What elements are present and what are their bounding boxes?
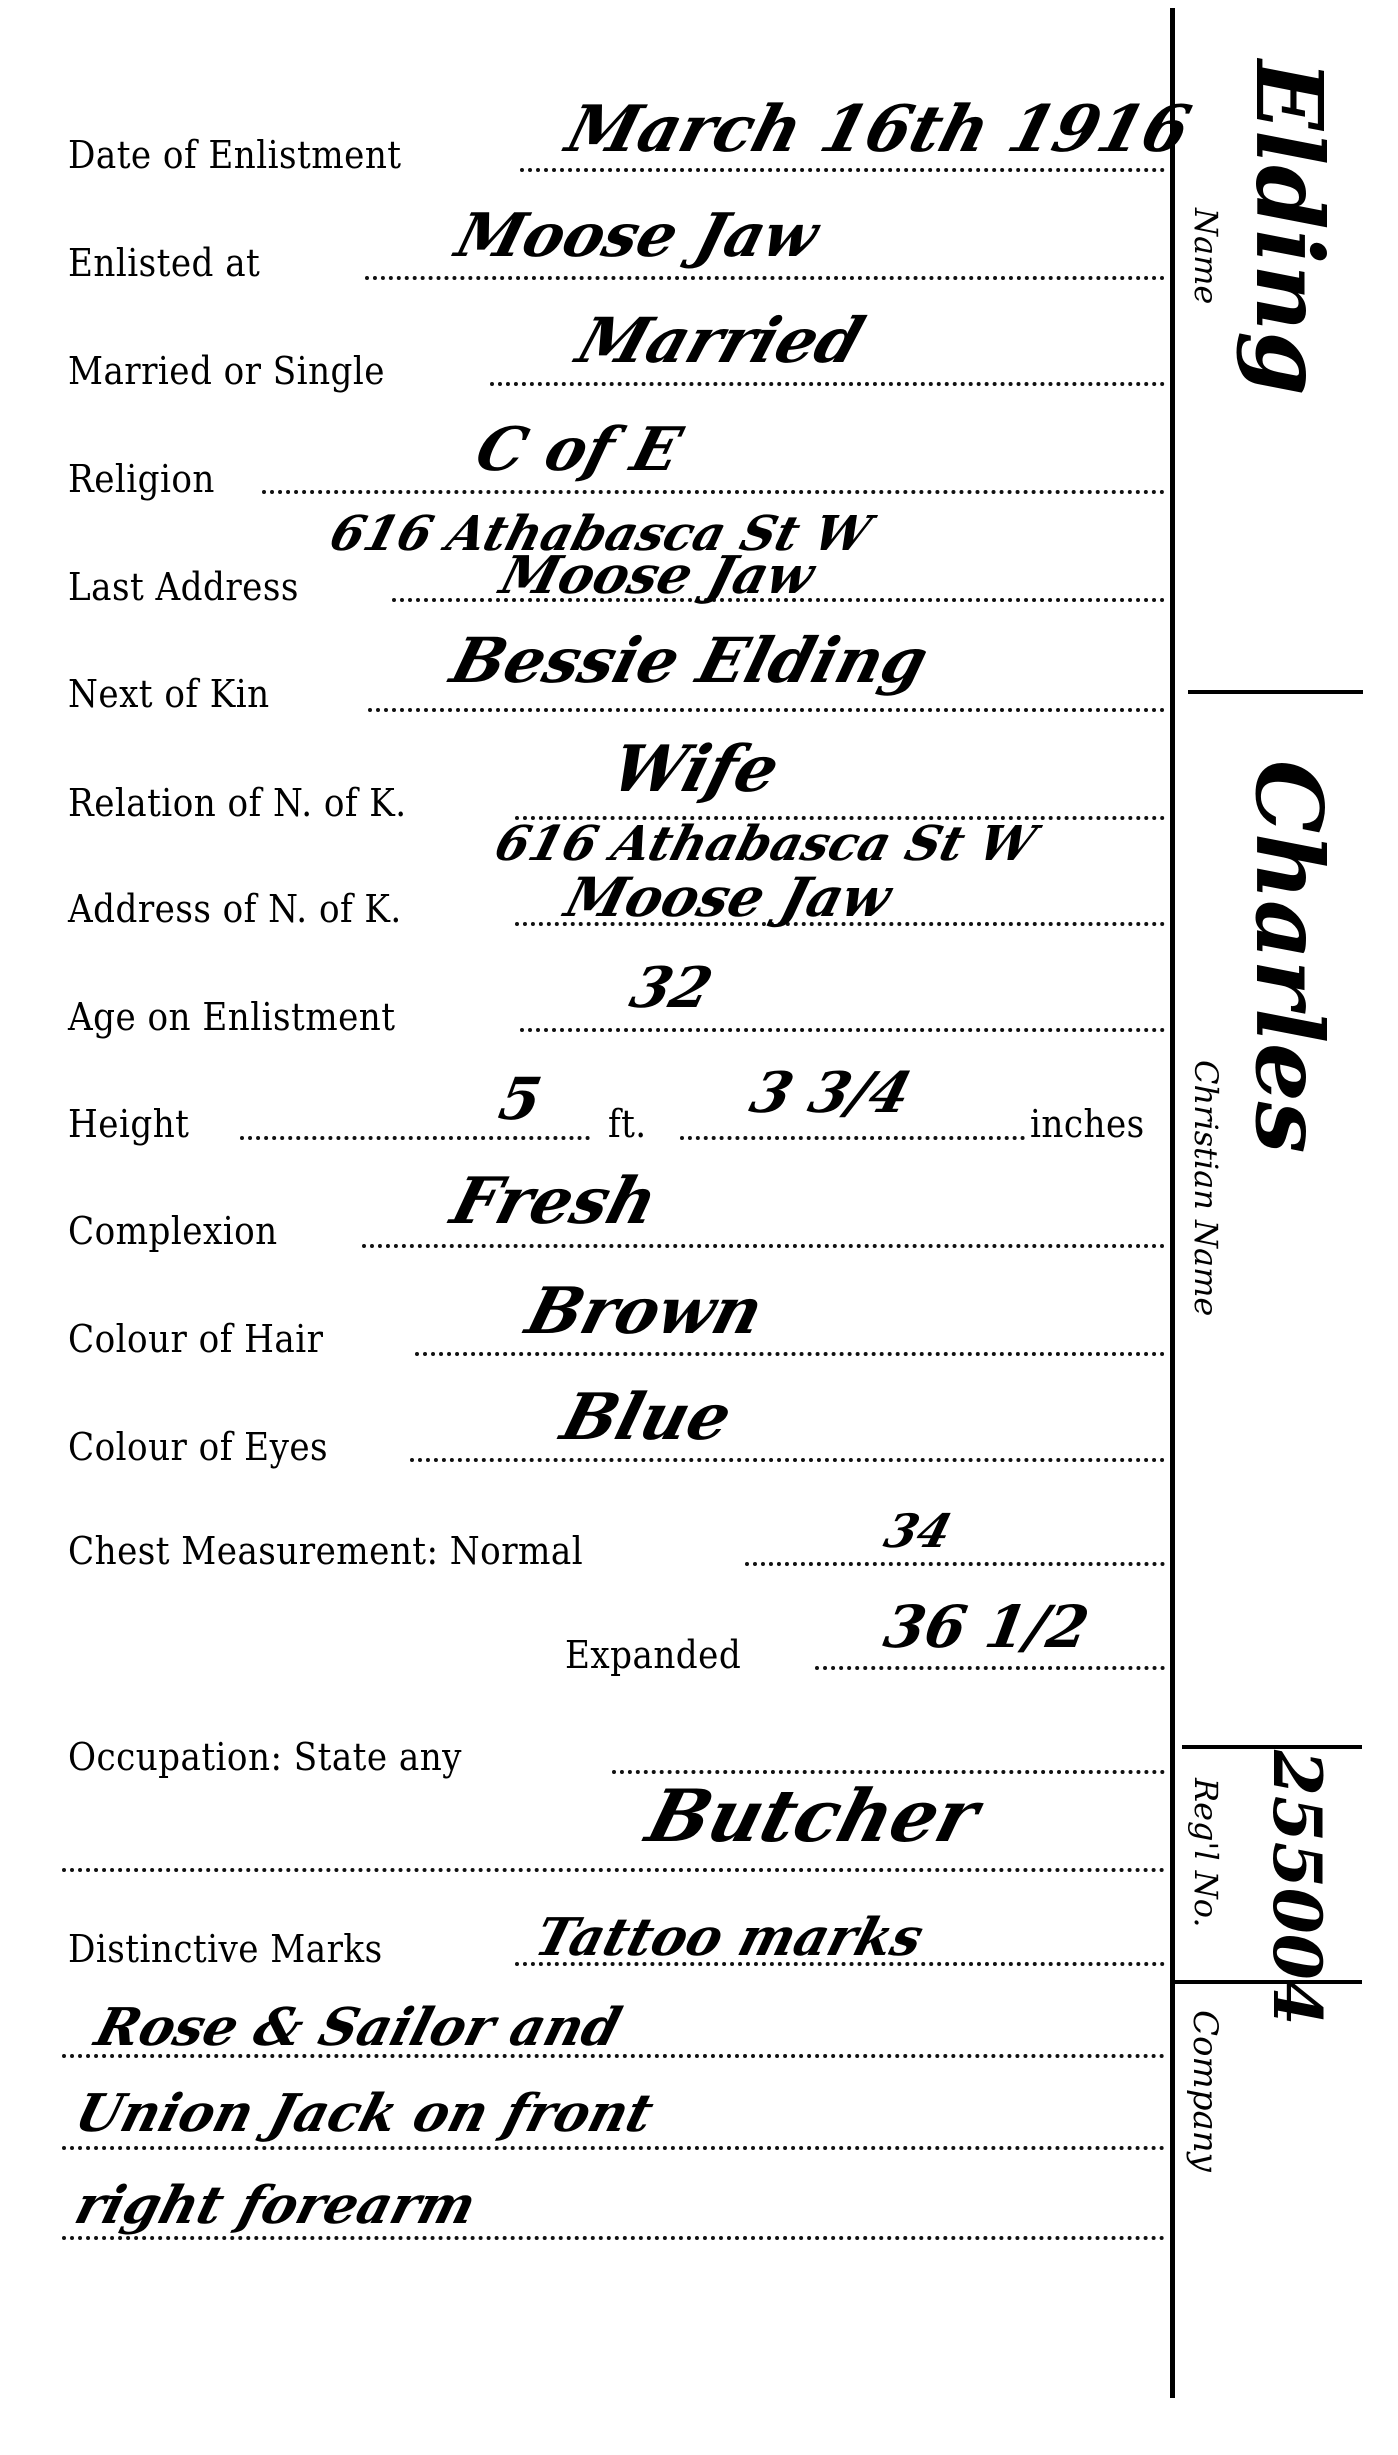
chest-expanded-value: 36 1/2: [880, 1598, 1093, 1656]
relation-nok-label: Relation of N. of K.: [68, 784, 407, 822]
surname-label: Name: [1190, 208, 1222, 304]
occupation-line-2: [62, 1868, 1165, 1872]
christian-name-value: Charles: [1243, 760, 1335, 1153]
name-section-bottom-rule: [1188, 690, 1363, 694]
age-on-enlistment-line: [520, 1028, 1165, 1032]
occupation-value: Butcher: [640, 1780, 986, 1852]
date-of-enlistment-line: [520, 168, 1165, 172]
chest-normal-value: 34: [880, 1508, 956, 1554]
distinctive-marks-value-line2: Rose & Sailor and: [90, 2002, 626, 2054]
colour-of-eyes-value: Blue: [555, 1386, 738, 1450]
chest-normal-label: Chest Measurement: Normal: [68, 1532, 583, 1570]
chest-expanded-label: Expanded: [565, 1636, 741, 1674]
last-address-label: Last Address: [68, 568, 299, 606]
enlisted-at-label: Enlisted at: [68, 244, 260, 282]
address-nok-value-line2: Moose Jaw: [560, 870, 897, 924]
religion-label: Religion: [68, 460, 215, 498]
height-feet-line: [240, 1136, 590, 1140]
colour-of-eyes-line: [410, 1458, 1165, 1462]
distinctive-marks-label: Distinctive Marks: [68, 1930, 383, 1968]
colour-of-hair-value: Brown: [520, 1280, 769, 1344]
height-inches-line: [680, 1136, 1025, 1140]
enlisted-at-value: Moose Jaw: [450, 206, 824, 266]
distinctive-marks-value-line3: Union Jack on front: [70, 2088, 658, 2140]
next-of-kin-line: [368, 708, 1165, 712]
colour-of-eyes-label: Colour of Eyes: [68, 1428, 328, 1466]
age-on-enlistment-value: 32: [625, 960, 718, 1016]
date-of-enlistment-label: Date of Enlistment: [68, 136, 401, 174]
married-or-single-value: Married: [570, 310, 871, 372]
christian-name-label: Christian Name: [1190, 1060, 1222, 1316]
last-address-value-line2: Moose Jaw: [495, 550, 819, 602]
complexion-line: [362, 1244, 1165, 1248]
height-inches-unit: inches: [1030, 1105, 1145, 1143]
height-label: Height: [68, 1105, 189, 1143]
complexion-value: Fresh: [445, 1170, 663, 1234]
distinctive-marks-value-line4: right forearm: [70, 2180, 481, 2232]
complexion-label: Complexion: [68, 1212, 278, 1250]
religion-line: [262, 490, 1165, 494]
married-or-single-label: Married or Single: [68, 352, 385, 390]
address-nok-value-line1: 616 Athabasca St W: [490, 820, 1041, 868]
company-label: Company: [1188, 2010, 1222, 2172]
height-feet-unit: ft.: [608, 1105, 647, 1143]
distinctive-marks-line-2: [62, 2054, 1165, 2058]
height-inches-value: 3 3/4: [745, 1065, 917, 1121]
occupation-label: Occupation: State any: [68, 1738, 462, 1776]
colour-of-hair-line: [415, 1352, 1165, 1356]
date-of-enlistment-value: March 16th 1916: [560, 98, 1197, 162]
regl-no-value: 255004: [1264, 1750, 1330, 2026]
distinctive-marks-value-line1: Tattoo marks: [530, 1912, 928, 1964]
relation-nok-value: Wife: [605, 738, 785, 802]
age-on-enlistment-label: Age on Enlistment: [68, 998, 395, 1036]
attestation-card: Date of Enlistment March 16th 1916 Enlis…: [0, 0, 1398, 2455]
chest-normal-line: [745, 1562, 1165, 1566]
next-of-kin-value: Bessie Elding: [445, 630, 934, 692]
chest-expanded-line: [815, 1666, 1165, 1670]
regl-section-top-rule: [1182, 1745, 1362, 1749]
religion-value: C of E: [470, 420, 687, 480]
surname-value: Elding: [1243, 60, 1335, 396]
distinctive-marks-line-3: [62, 2146, 1165, 2150]
enlisted-at-line: [365, 276, 1165, 280]
regl-no-label: Reg'l No.: [1190, 1778, 1222, 1928]
colour-of-hair-label: Colour of Hair: [68, 1320, 323, 1358]
next-of-kin-label: Next of Kin: [68, 675, 270, 713]
side-panel-divider: [1170, 8, 1175, 2398]
distinctive-marks-line-4: [62, 2236, 1165, 2240]
married-or-single-line: [490, 382, 1165, 386]
height-feet-value: 5: [495, 1070, 546, 1128]
address-nok-label: Address of N. of K.: [68, 890, 402, 928]
